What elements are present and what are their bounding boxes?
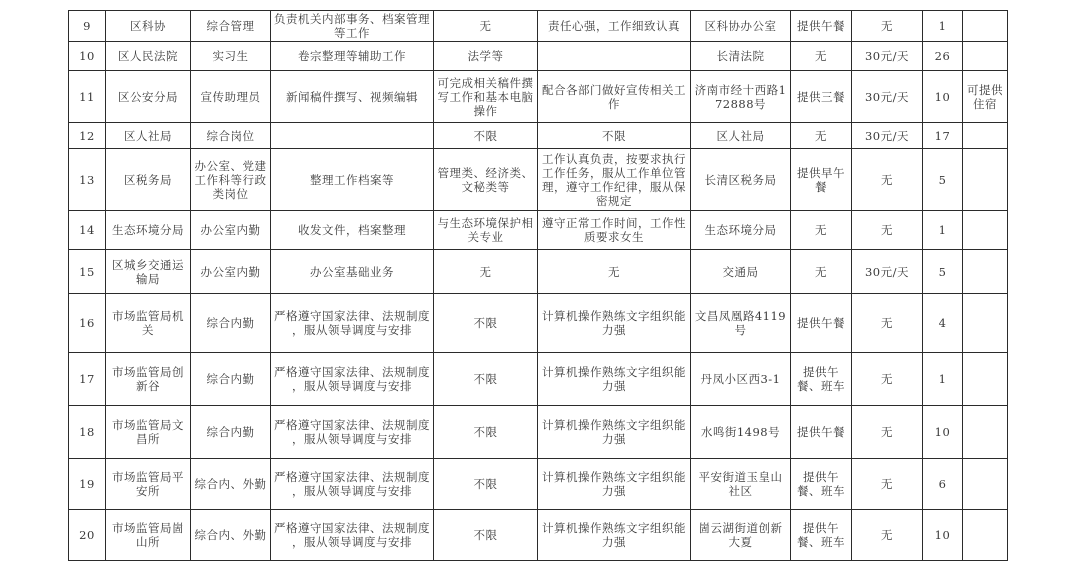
- work-location: 区人社局: [691, 123, 791, 149]
- table-row: 19 市场监管局平安所 综合内、外勤 严格遵守国家法律、法规制度 ，服从领导调度…: [69, 459, 1008, 510]
- meals: 无: [791, 42, 852, 71]
- notes: [963, 123, 1008, 149]
- meals: 提供午餐: [791, 294, 852, 353]
- row-number: 15: [69, 250, 106, 294]
- meals: 提供午餐、班车: [791, 510, 852, 561]
- headcount: 10: [923, 406, 963, 459]
- unit-name: 市场监管局机关: [106, 294, 191, 353]
- work-location: 丹凤小区西3-1: [691, 353, 791, 406]
- notes: [963, 459, 1008, 510]
- headcount: 1: [923, 353, 963, 406]
- unit-name: 生态环境分局: [106, 211, 191, 250]
- subsidy: 无: [852, 406, 923, 459]
- position-title: 办公室内勤: [191, 211, 271, 250]
- notes: [963, 510, 1008, 561]
- table-row: 16 市场监管局机关 综合内勤 严格遵守国家法律、法规制度 ，服从领导调度与安排…: [69, 294, 1008, 353]
- subsidy: 无: [852, 294, 923, 353]
- meals: 提供午餐: [791, 11, 852, 42]
- job-duties: 负责机关内部事务、档案管理等工作: [271, 11, 434, 42]
- position-title: 办公室、党建工作科等行政类岗位: [191, 149, 271, 211]
- meals: 无: [791, 250, 852, 294]
- other-requirements: 计算机操作熟练文字组织能力强: [538, 459, 691, 510]
- job-duties: 严格遵守国家法律、法规制度 ，服从领导调度与安排: [271, 459, 434, 510]
- notes: [963, 250, 1008, 294]
- position-title: 综合内、外勤: [191, 459, 271, 510]
- subsidy: 无: [852, 510, 923, 561]
- headcount: 26: [923, 42, 963, 71]
- subsidy: 30元/天: [852, 42, 923, 71]
- table-row: 20 市场监管局崮山所 综合内、外勤 严格遵守国家法律、法规制度 ，服从领导调度…: [69, 510, 1008, 561]
- major-requirement: 法学等: [434, 42, 538, 71]
- notes: [963, 211, 1008, 250]
- unit-name: 区人民法院: [106, 42, 191, 71]
- subsidy: 无: [852, 149, 923, 211]
- major-requirement: 不限: [434, 294, 538, 353]
- work-location: 济南市经十西路172888号: [691, 71, 791, 123]
- notes: [963, 294, 1008, 353]
- subsidy: 30元/天: [852, 123, 923, 149]
- row-number: 14: [69, 211, 106, 250]
- table-row: 18 市场监管局文昌所 综合内勤 严格遵守国家法律、法规制度 ，服从领导调度与安…: [69, 406, 1008, 459]
- position-title: 综合内勤: [191, 406, 271, 459]
- notes: 可提供住宿: [963, 71, 1008, 123]
- table-row: 12 区人社局 综合岗位 不限 不限 区人社局 无 30元/天 17: [69, 123, 1008, 149]
- unit-name: 市场监管局崮山所: [106, 510, 191, 561]
- meals: 提供午餐、班车: [791, 353, 852, 406]
- meals: 提供午餐、班车: [791, 459, 852, 510]
- unit-name: 区科协: [106, 11, 191, 42]
- headcount: 5: [923, 250, 963, 294]
- row-number: 17: [69, 353, 106, 406]
- unit-name: 区税务局: [106, 149, 191, 211]
- row-number: 13: [69, 149, 106, 211]
- internship-positions-table: 9 区科协 综合管理 负责机关内部事务、档案管理等工作 无 责任心强，工作细致认…: [68, 10, 1008, 561]
- major-requirement: 不限: [434, 123, 538, 149]
- table-row: 17 市场监管局创新谷 综合内勤 严格遵守国家法律、法规制度 ，服从领导调度与安…: [69, 353, 1008, 406]
- job-duties: 卷宗整理等辅助工作: [271, 42, 434, 71]
- other-requirements: 责任心强，工作细致认真: [538, 11, 691, 42]
- work-location: 文昌凤凰路4119号: [691, 294, 791, 353]
- row-number: 19: [69, 459, 106, 510]
- position-title: 综合岗位: [191, 123, 271, 149]
- unit-name: 市场监管局平安所: [106, 459, 191, 510]
- other-requirements: 工作认真负责，按要求执行工作任务，服从工作单位管理，遵守工作纪律，服从保密规定: [538, 149, 691, 211]
- position-title: 综合内、外勤: [191, 510, 271, 561]
- table-row: 9 区科协 综合管理 负责机关内部事务、档案管理等工作 无 责任心强，工作细致认…: [69, 11, 1008, 42]
- other-requirements: [538, 42, 691, 71]
- headcount: 10: [923, 71, 963, 123]
- subsidy: 无: [852, 353, 923, 406]
- position-title: 实习生: [191, 42, 271, 71]
- job-duties: 严格遵守国家法律、法规制度 ，服从领导调度与安排: [271, 353, 434, 406]
- notes: [963, 42, 1008, 71]
- work-location: 长清区税务局: [691, 149, 791, 211]
- headcount: 1: [923, 211, 963, 250]
- subsidy: 30元/天: [852, 250, 923, 294]
- meals: 提供三餐: [791, 71, 852, 123]
- subsidy: 30元/天: [852, 71, 923, 123]
- major-requirement: 无: [434, 11, 538, 42]
- headcount: 4: [923, 294, 963, 353]
- headcount: 17: [923, 123, 963, 149]
- notes: [963, 149, 1008, 211]
- other-requirements: 配合各部门做好宣传相关工作: [538, 71, 691, 123]
- headcount: 6: [923, 459, 963, 510]
- position-title: 综合内勤: [191, 353, 271, 406]
- work-location: 生态环境分局: [691, 211, 791, 250]
- job-duties: 收发文件，档案整理: [271, 211, 434, 250]
- work-location: 崮云湖街道创新大夏: [691, 510, 791, 561]
- work-location: 平安街道玉皇山社区: [691, 459, 791, 510]
- headcount: 10: [923, 510, 963, 561]
- row-number: 18: [69, 406, 106, 459]
- work-location: 交通局: [691, 250, 791, 294]
- other-requirements: 计算机操作熟练文字组织能力强: [538, 510, 691, 561]
- major-requirement: 无: [434, 250, 538, 294]
- unit-name: 区人社局: [106, 123, 191, 149]
- other-requirements: 遵守正常工作时间，工作性质要求女生: [538, 211, 691, 250]
- other-requirements: 计算机操作熟练文字组织能力强: [538, 406, 691, 459]
- other-requirements: 无: [538, 250, 691, 294]
- job-duties: [271, 123, 434, 149]
- major-requirement: 不限: [434, 459, 538, 510]
- row-number: 12: [69, 123, 106, 149]
- unit-name: 市场监管局文昌所: [106, 406, 191, 459]
- row-number: 9: [69, 11, 106, 42]
- unit-name: 区公安分局: [106, 71, 191, 123]
- row-number: 10: [69, 42, 106, 71]
- work-location: 长清法院: [691, 42, 791, 71]
- row-number: 20: [69, 510, 106, 561]
- other-requirements: 计算机操作熟练文字组织能力强: [538, 353, 691, 406]
- major-requirement: 不限: [434, 353, 538, 406]
- subsidy: 无: [852, 211, 923, 250]
- position-title: 办公室内勤: [191, 250, 271, 294]
- row-number: 11: [69, 71, 106, 123]
- position-title: 宣传助理员: [191, 71, 271, 123]
- position-title: 综合内勤: [191, 294, 271, 353]
- unit-name: 区城乡交通运输局: [106, 250, 191, 294]
- work-location: 区科协办公室: [691, 11, 791, 42]
- major-requirement: 与生态环境保护相关专业: [434, 211, 538, 250]
- table-row: 14 生态环境分局 办公室内勤 收发文件，档案整理 与生态环境保护相关专业 遵守…: [69, 211, 1008, 250]
- table-row: 10 区人民法院 实习生 卷宗整理等辅助工作 法学等 长清法院 无 30元/天 …: [69, 42, 1008, 71]
- notes: [963, 406, 1008, 459]
- job-duties: 办公室基础业务: [271, 250, 434, 294]
- meals: 提供早午餐: [791, 149, 852, 211]
- job-duties: 新闻稿件撰写、视频编辑: [271, 71, 434, 123]
- major-requirement: 可完成相关稿件撰写工作和基本电脑操作: [434, 71, 538, 123]
- table-row: 15 区城乡交通运输局 办公室内勤 办公室基础业务 无 无 交通局 无 30元/…: [69, 250, 1008, 294]
- job-duties: 严格遵守国家法律、法规制度 ，服从领导调度与安排: [271, 510, 434, 561]
- job-duties: 严格遵守国家法律、法规制度 ，服从领导调度与安排: [271, 294, 434, 353]
- unit-name: 市场监管局创新谷: [106, 353, 191, 406]
- major-requirement: 不限: [434, 406, 538, 459]
- other-requirements: 计算机操作熟练文字组织能力强: [538, 294, 691, 353]
- position-title: 综合管理: [191, 11, 271, 42]
- row-number: 16: [69, 294, 106, 353]
- subsidy: 无: [852, 459, 923, 510]
- major-requirement: 管理类、经济类、文秘类等: [434, 149, 538, 211]
- notes: [963, 11, 1008, 42]
- other-requirements: 不限: [538, 123, 691, 149]
- headcount: 1: [923, 11, 963, 42]
- subsidy: 无: [852, 11, 923, 42]
- major-requirement: 不限: [434, 510, 538, 561]
- work-location: 水鸣街1498号: [691, 406, 791, 459]
- meals: 无: [791, 123, 852, 149]
- headcount: 5: [923, 149, 963, 211]
- meals: 无: [791, 211, 852, 250]
- meals: 提供午餐: [791, 406, 852, 459]
- table-row: 13 区税务局 办公室、党建工作科等行政类岗位 整理工作档案等 管理类、经济类、…: [69, 149, 1008, 211]
- job-duties: 严格遵守国家法律、法规制度 ，服从领导调度与安排: [271, 406, 434, 459]
- job-duties: 整理工作档案等: [271, 149, 434, 211]
- notes: [963, 353, 1008, 406]
- table-row: 11 区公安分局 宣传助理员 新闻稿件撰写、视频编辑 可完成相关稿件撰写工作和基…: [69, 71, 1008, 123]
